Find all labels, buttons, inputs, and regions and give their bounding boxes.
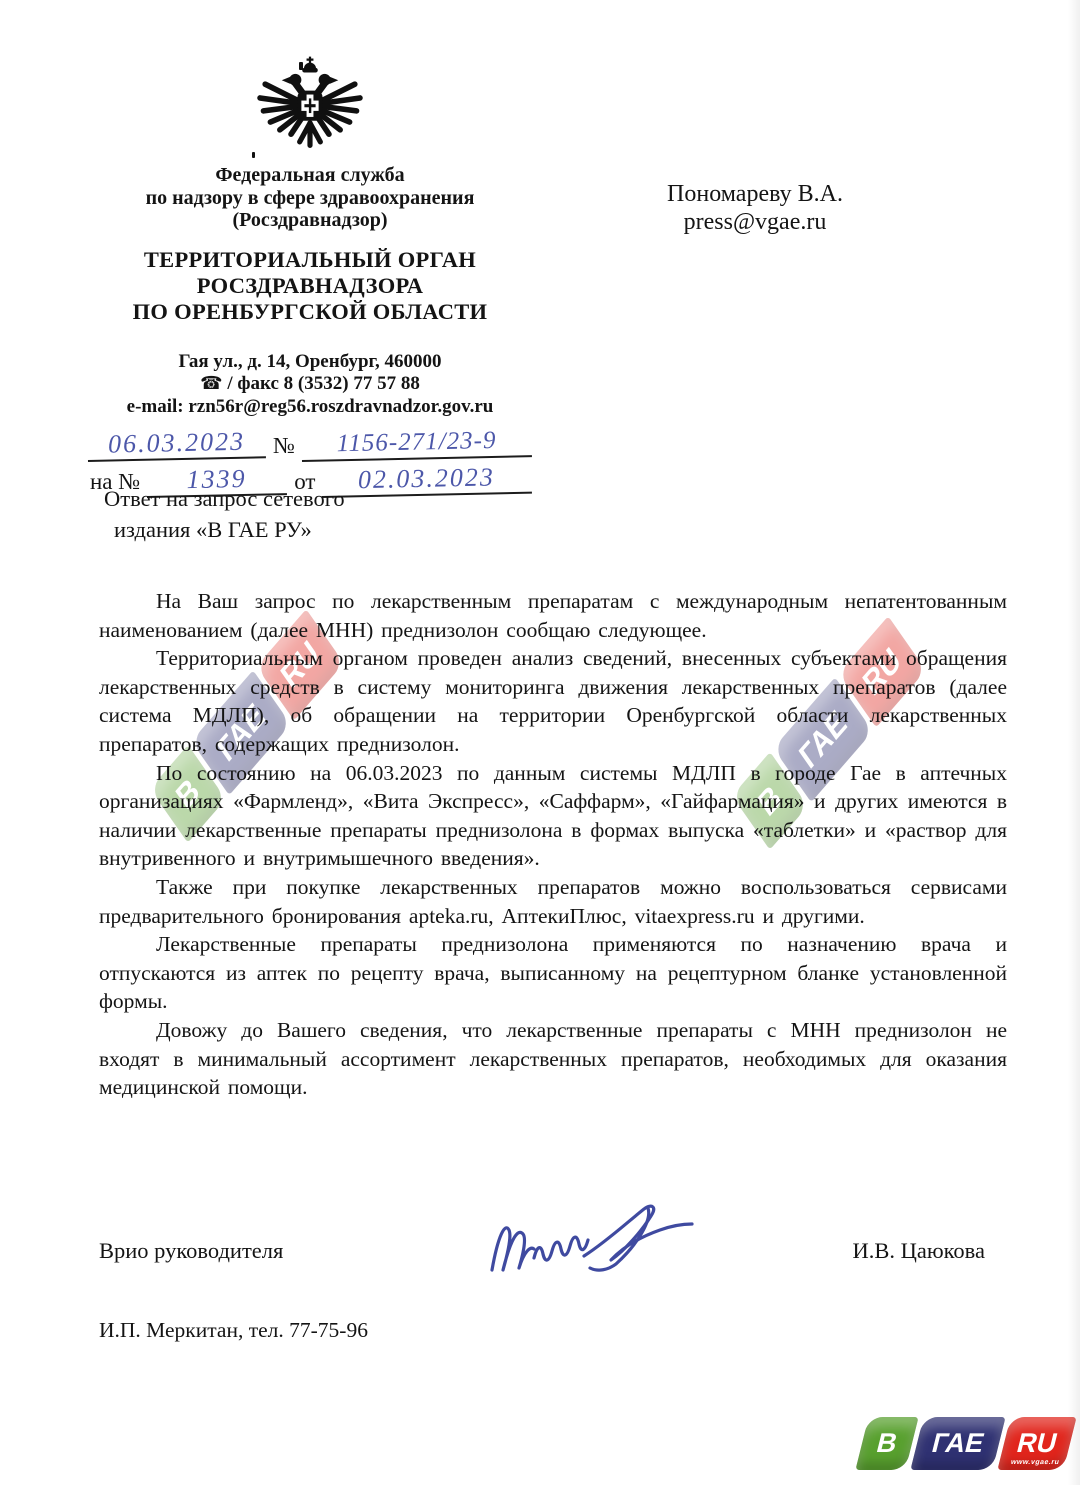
body-paragraph: На Ваш запрос по лекарственным препарата… xyxy=(99,587,1007,644)
logo-red-block: RU www.vgae.ru xyxy=(997,1417,1076,1470)
executor-contact: И.П. Меркитан, тел. 77-75-96 xyxy=(99,1318,368,1343)
body-paragraph: Лекарственные препараты преднизолона при… xyxy=(99,930,1007,1016)
scan-speck xyxy=(252,152,255,158)
logo-site-url: www.vgae.ru xyxy=(1010,1459,1060,1466)
scan-edge-shade xyxy=(1068,0,1080,1485)
telephone-icon: ☎ xyxy=(200,373,222,394)
roszdravnadzor-eagle-emblem xyxy=(254,52,366,156)
subject-line2: издания «В ГАЕ РУ» xyxy=(104,514,345,545)
subject-block: Ответ на запрос сетевого издания «В ГАЕ … xyxy=(104,483,345,545)
subject-line1: Ответ на запрос сетевого xyxy=(104,483,345,514)
email-line: e-mail: rzn56r@reg56.roszdravnadzor.gov.… xyxy=(88,396,532,419)
recipient-name: Пономареву В.А. xyxy=(655,180,855,208)
signer-position: Врио руководителя xyxy=(99,1238,283,1264)
agency-name-line1: Федеральная служба xyxy=(88,164,532,187)
handwritten-outgoing-date: 06.03.2023 xyxy=(87,426,266,462)
logo-green-block: В xyxy=(855,1417,918,1470)
handwritten-outgoing-number: 1156-271/23-9 xyxy=(301,425,532,462)
signer-name: И.В. Цаюкова xyxy=(852,1238,985,1264)
territorial-body-line3: ПО ОРЕНБУРГСКОЙ ОБЛАСТИ xyxy=(88,299,532,325)
territorial-body-line1: ТЕРРИТОРИАЛЬНЫЙ ОРГАН xyxy=(88,247,532,273)
logo-letter-v: В xyxy=(873,1428,900,1459)
number-sign: № xyxy=(266,430,302,462)
body-paragraph: Довожу до Вашего сведения, что лекарстве… xyxy=(99,1016,1007,1102)
logo-word-ru: RU xyxy=(1014,1428,1061,1459)
phone-fax-number: / факс 8 (3532) 77 57 88 xyxy=(227,373,420,394)
scan-speck xyxy=(299,62,303,70)
body-paragraph: Также при покупке лекарственных препарат… xyxy=(99,873,1007,930)
handwritten-signature xyxy=(478,1196,713,1291)
letter-body: На Ваш запрос по лекарственным препарата… xyxy=(99,587,1007,1102)
scanned-letter-page: В ГАЕ RU В ГАЕ RU xyxy=(0,0,1080,1485)
handwritten-incoming-date: 02.03.2023 xyxy=(322,462,532,498)
recipient-block: Пономареву В.А. press@vgae.ru xyxy=(655,180,855,236)
body-paragraph: Территориальным органом проведен анализ … xyxy=(99,644,1007,758)
body-paragraph: По состоянию на 06.03.2023 по данным сис… xyxy=(99,759,1007,873)
agency-name-line2: по надзору в сфере здравоохранения xyxy=(88,187,532,210)
postal-address: Гая ул., д. 14, Оренбург, 460000 xyxy=(88,351,532,374)
agency-name-line3: (Росздравнадзор) xyxy=(88,209,532,232)
recipient-email: press@vgae.ru xyxy=(655,208,855,236)
territorial-body-line2: РОСЗДРАВНАДЗОРА xyxy=(88,273,532,299)
logo-navy-block: ГАЕ xyxy=(910,1417,1005,1470)
vgae-site-logo: В ГАЕ RU www.vgae.ru xyxy=(862,1417,1070,1470)
letterhead: Федеральная служба по надзору в сфере зд… xyxy=(88,52,532,498)
logo-word-gae: ГАЕ xyxy=(929,1428,988,1459)
phone-fax-line: ☎ / факс 8 (3532) 77 57 88 xyxy=(88,373,532,396)
